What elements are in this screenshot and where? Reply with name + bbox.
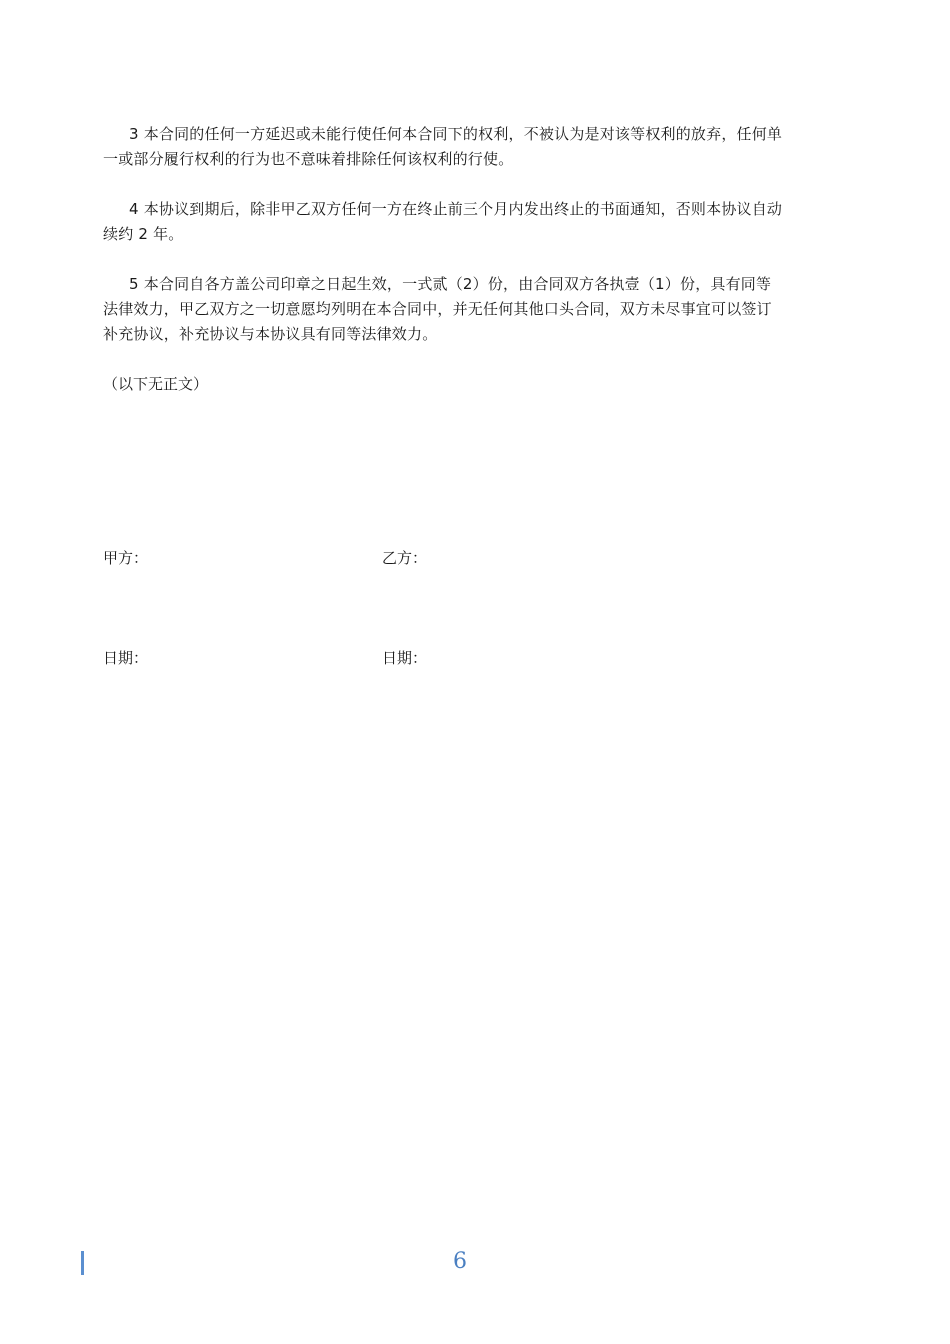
end-of-text-note: （以下无正文） [103, 372, 208, 397]
footer-accent-bar [81, 1251, 84, 1275]
party-a-label: 甲方： [103, 546, 148, 571]
clause-3: 3 本合同的任何一方延迟或未能行使任何本合同下的权利，不被认为是对该等权利的放弃… [103, 122, 853, 172]
page-number: 6 [453, 1248, 467, 1276]
party-b-label: 乙方： [382, 546, 427, 571]
clause-5-line-1: 5 本合同自各方盖公司印章之日起生效，一式贰（2）份，由合同双方各执壹（1）份，… [103, 272, 853, 297]
document-page: 3 本合同的任何一方延迟或未能行使任何本合同下的权利，不被认为是对该等权利的放弃… [0, 0, 950, 1344]
clause-4-line-1: 4 本协议到期后，除非甲乙双方任何一方在终止前三个月内发出终止的书面通知，否则本… [103, 197, 853, 222]
clause-5: 5 本合同自各方盖公司印章之日起生效，一式贰（2）份，由合同双方各执壹（1）份，… [103, 272, 853, 347]
clause-3-line-1: 3 本合同的任何一方延迟或未能行使任何本合同下的权利，不被认为是对该等权利的放弃… [103, 122, 853, 147]
clause-3-line-2: 一或部分履行权利的行为也不意味着排除任何该权利的行使。 [103, 147, 853, 172]
party-a-date-label: 日期： [103, 646, 148, 671]
clause-4-line-2: 续约 2 年。 [103, 222, 853, 247]
party-b-date-label: 日期： [382, 646, 427, 671]
clause-5-line-2: 法律效力，甲乙双方之一切意愿均列明在本合同中，并无任何其他口头合同，双方未尽事宜… [103, 297, 853, 322]
clause-4: 4 本协议到期后，除非甲乙双方任何一方在终止前三个月内发出终止的书面通知，否则本… [103, 197, 853, 247]
clause-5-line-3: 补充协议，补充协议与本协议具有同等法律效力。 [103, 322, 853, 347]
